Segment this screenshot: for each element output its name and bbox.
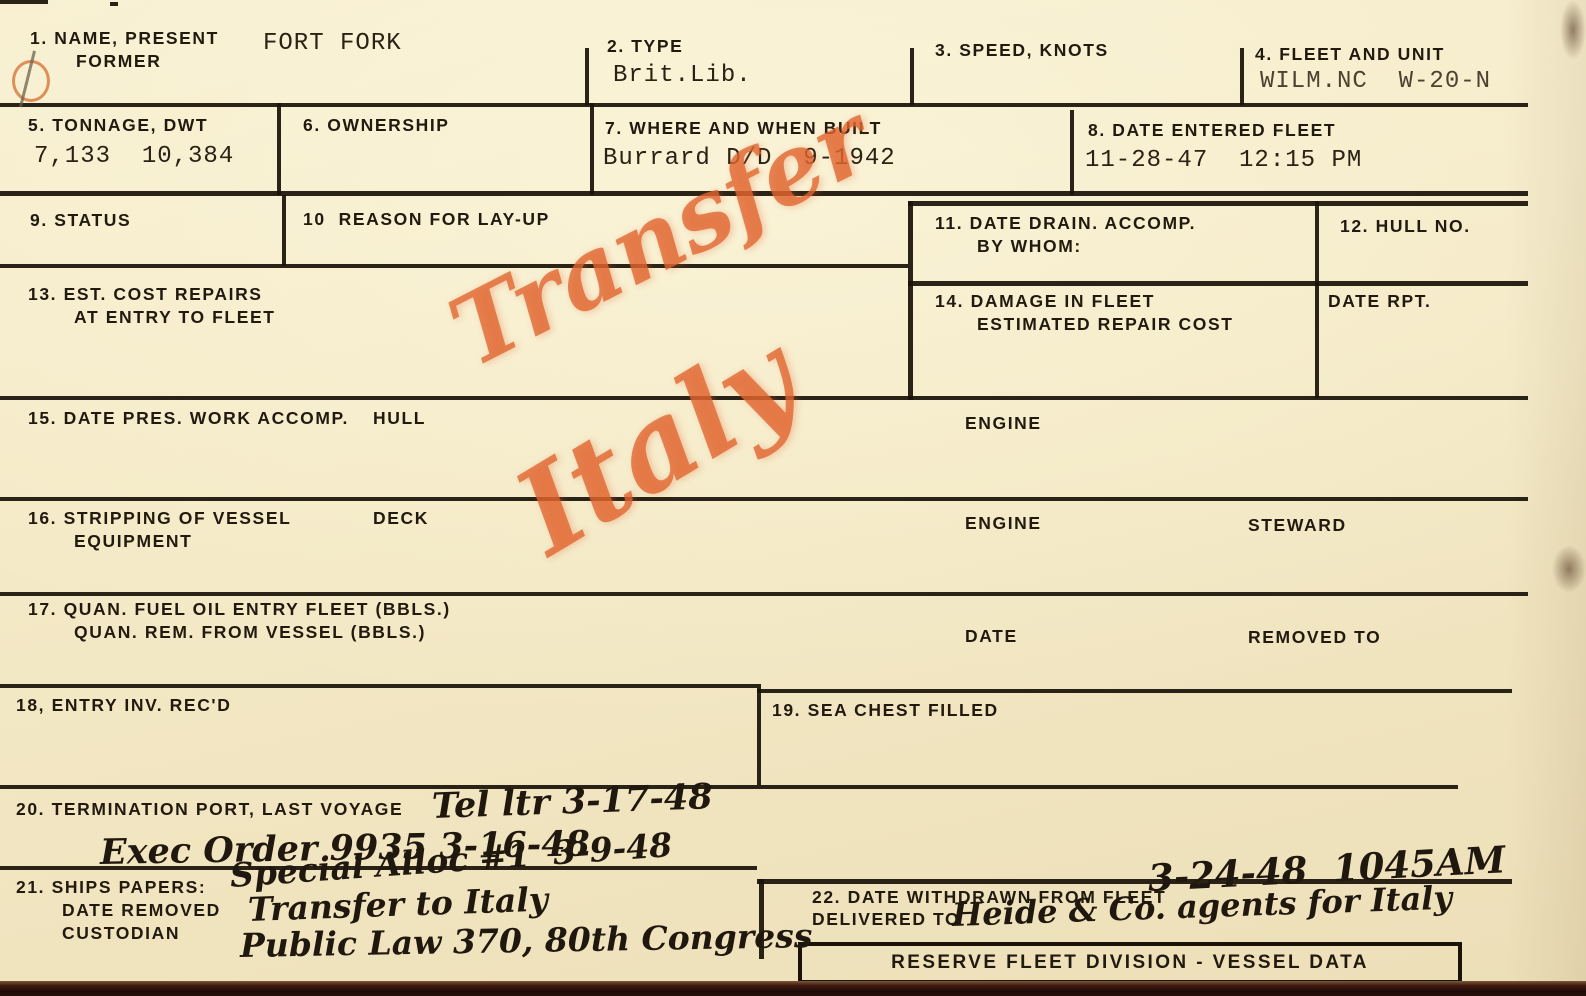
field-20-handwriting-tel-ltr: Tel ltr 3-17-48 <box>431 776 713 827</box>
field-13-label: 13. EST. COST REPAIRS <box>28 283 276 306</box>
grid-line-under-row16 <box>0 592 1528 596</box>
field-17-label-2: QUAN. REM. FROM VESSEL (BBLS.) <box>74 621 451 644</box>
grid-vline-11-12 <box>1315 201 1319 398</box>
grid-line-under-row18 <box>0 785 1458 789</box>
field-10-label: 10 REASON FOR LAY-UP <box>303 208 550 231</box>
grid-vline-1-2 <box>585 48 589 105</box>
scan-bottom-edge <box>0 981 1586 996</box>
grid-vline-box11-left <box>908 201 913 400</box>
field-14-label-2: ESTIMATED REPAIR COST <box>977 313 1234 336</box>
grid-line-under-row15 <box>0 497 1528 501</box>
field-21-label-date-removed: DATE REMOVED <box>62 899 221 922</box>
field-17-block: 17. QUAN. FUEL OIL ENTRY FLEET (BBLS.) Q… <box>28 598 451 644</box>
field-16-engine-label: ENGINE <box>965 512 1042 535</box>
field-5-value: 7,133 10,384 <box>34 143 234 170</box>
field-3-label: 3. SPEED, KNOTS <box>935 39 1109 62</box>
grid-vline-3-4 <box>1240 48 1244 105</box>
field-1-value: FORT FORK <box>263 30 402 57</box>
grid-line-under-status <box>0 264 908 268</box>
field-1-name-present: 1. NAME, PRESENT FORMER <box>30 27 219 73</box>
grid-vline-5-6 <box>277 103 281 195</box>
field-20-label: 20. TERMINATION PORT, LAST VOYAGE <box>16 798 403 821</box>
field-15-engine-label: ENGINE <box>965 412 1042 435</box>
grid-vline-9-10 <box>282 195 286 266</box>
field-16-steward-label: STEWARD <box>1248 514 1347 537</box>
field-17-removed-to-label: REMOVED TO <box>1248 626 1381 649</box>
grid-vline-6-7 <box>590 103 594 195</box>
field-6-label: 6. OWNERSHIP <box>303 114 450 137</box>
field-1-label: 1. NAME, PRESENT <box>30 27 219 50</box>
grid-top-tick <box>110 2 118 6</box>
grid-line-under-row17-right <box>757 689 1512 693</box>
field-1-label-former: FORMER <box>76 50 219 73</box>
field-16-block: 16. STRIPPING OF VESSEL EQUIPMENT <box>28 507 291 553</box>
field-14-date-rpt-label: DATE RPT. <box>1328 290 1432 313</box>
field-22-label-delivered-to: DELIVERED TO <box>812 908 960 931</box>
field-14-label: 14. DAMAGE IN FLEET <box>935 290 1234 313</box>
field-12-label: 12. HULL NO. <box>1340 215 1471 238</box>
field-5-label: 5. TONNAGE, DWT <box>28 114 208 137</box>
field-21-label-custodian: CUSTODIAN <box>62 922 221 945</box>
field-11-label-by-whom: BY WHOM: <box>977 235 1196 258</box>
grid-vline-7-8 <box>1070 110 1074 195</box>
field-11-block: 11. DATE DRAIN. ACCOMP. BY WHOM: <box>935 212 1196 258</box>
field-18-label: 18, ENTRY INV. REC'D <box>16 694 231 717</box>
field-9-label: 9. STATUS <box>30 209 131 232</box>
grid-top-left-segment <box>0 0 48 4</box>
field-4-label: 4. FLEET AND UNIT <box>1255 43 1445 66</box>
field-2-value: Brit.Lib. <box>613 62 752 89</box>
field-21-label: 21. SHIPS PAPERS: <box>16 876 221 899</box>
grid-line-under-row17-left <box>0 684 757 688</box>
field-19-label: 19. SEA CHEST FILLED <box>772 699 999 722</box>
field-14-block: 14. DAMAGE IN FLEET ESTIMATED REPAIR COS… <box>935 290 1234 336</box>
field-11-label: 11. DATE DRAIN. ACCOMP. <box>935 212 1196 235</box>
field-17-label: 17. QUAN. FUEL OIL ENTRY FLEET (BBLS.) <box>28 598 451 621</box>
vessel-data-card: 1. NAME, PRESENT FORMER FORT FORK 2. TYP… <box>0 0 1586 996</box>
field-8-label: 8. DATE ENTERED FLEET <box>1088 119 1336 142</box>
scan-smudge-right-edge <box>1552 545 1586 593</box>
field-4-value: WILM.NC W-20-N <box>1260 68 1491 95</box>
grid-vline-18-19 <box>757 684 761 785</box>
field-21-block: 21. SHIPS PAPERS: DATE REMOVED CUSTODIAN <box>16 876 221 944</box>
field-16-label-equipment: EQUIPMENT <box>74 530 291 553</box>
field-13-label-2: AT ENTRY TO FLEET <box>74 306 276 329</box>
field-15-hull-label: HULL <box>373 407 426 430</box>
grid-line-box11-top <box>908 201 1528 206</box>
grid-line-under-row1 <box>0 103 1528 107</box>
grid-vline-2-3 <box>910 48 914 105</box>
reserve-fleet-banner: RESERVE FLEET DIVISION - VESSEL DATA <box>798 942 1462 984</box>
reserve-fleet-banner-text: RESERVE FLEET DIVISION - VESSEL DATA <box>891 951 1369 976</box>
grid-line-box11-bottom <box>908 281 1528 286</box>
field-8-value: 11-28-47 12:15 PM <box>1085 147 1362 174</box>
scan-shadow-top-right <box>1560 0 1586 60</box>
field-15-label: 15. DATE PRES. WORK ACCOMP. <box>28 407 349 430</box>
field-13-block: 13. EST. COST REPAIRS AT ENTRY TO FLEET <box>28 283 276 329</box>
field-17-date-label: DATE <box>965 625 1018 648</box>
field-2-label: 2. TYPE <box>607 35 683 58</box>
field-16-deck-label: DECK <box>373 507 429 530</box>
field-16-label: 16. STRIPPING OF VESSEL <box>28 507 291 530</box>
